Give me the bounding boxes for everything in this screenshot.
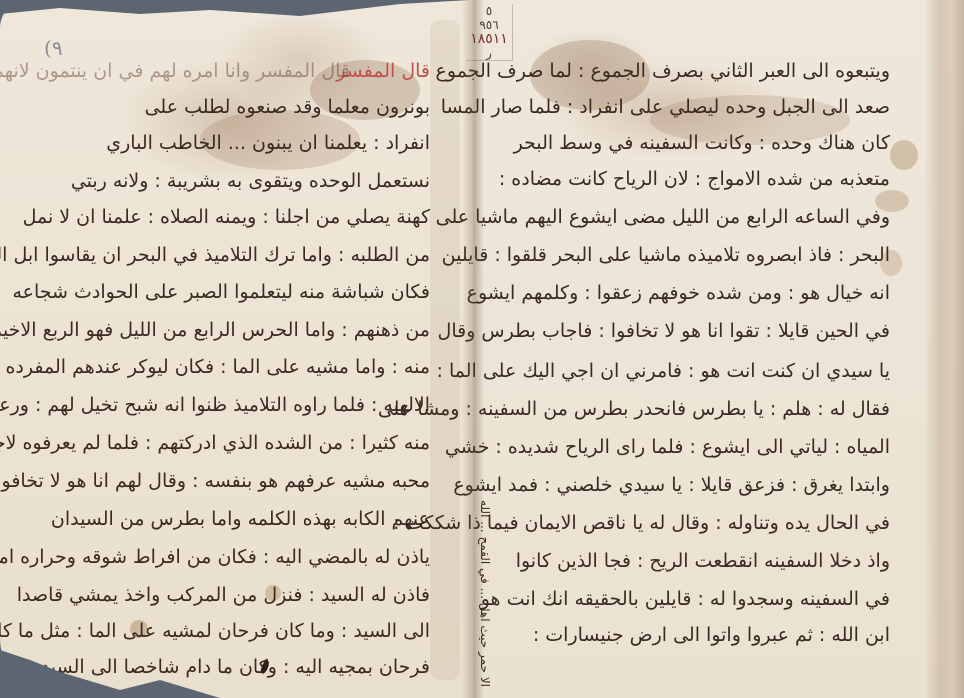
text-line: انفراد : يعلمنا ان يبنون ... الخاطب البا… (106, 134, 430, 153)
text-line: وفي الساعه الرابع من الليل مضى ايشوع الي… (436, 208, 890, 227)
text-line: فرحان بمجيه اليه : وكان ما دام شاخصا الى… (41, 658, 430, 677)
left-page-text: قال المفسر قال المفسر وانا امره لهم في ا… (40, 0, 430, 698)
text-line: وابتدا يغرق : فزعق قايلا : يا سيدي خلصني… (453, 476, 890, 495)
rubric-heading: قال المفسر (336, 60, 430, 82)
page-edge-stack (924, 0, 964, 698)
text-line-faded: قال المفسر وانا امره لهم في ان ينتمون لا… (0, 62, 350, 81)
text-line: من الطلبه : واما ترك التلاميذ في البحر ا… (0, 246, 430, 265)
text-line: ابن الله : ثم عبروا واتوا الى ارض جنيسار… (533, 626, 890, 645)
text-line: واذ دخلا السفينه انقطعت الريح : فجا الذي… (516, 552, 890, 571)
text-line: منه كثيرا : من الشده الذي ادركتهم : فلما… (0, 434, 430, 453)
text-line: في السفينه وسجدوا له : قايلين بالحقيقه ا… (481, 590, 890, 609)
text-line: في الحين قايلا : تقوا انا هو لا تخافوا :… (438, 322, 890, 341)
gutter-marginal-note: الا حمر حيث اهل ... في القمح ... الله (478, 500, 492, 687)
archive-number-line: ٥ (466, 4, 512, 18)
text-line: البحر : فاذ ابصروه تلاميذه ماشيا على الب… (442, 246, 890, 265)
text-line: المياه : لياتي الى ايشوع : فلما راى الري… (445, 438, 890, 457)
text-line: ويتبعوه الى العبر الثاني بصرف الجموع : ل… (436, 62, 890, 81)
text-line: كهنة يصلي من اجلنا : ويمنه الصلاه : علمن… (23, 208, 430, 227)
text-line: يا سيدي ان كنت انت هو : فامرني ان اجي ال… (437, 362, 891, 381)
archive-number-line: ٩٥٦ (466, 18, 512, 32)
text-line: الى السيد : وما كان فرحان لمشيه على الما… (0, 622, 430, 641)
text-line: متعذبه من شده الامواج : لان الرياح كانت … (499, 170, 890, 189)
archive-number-line: ر (466, 46, 512, 60)
right-page-text: ويتبعوه الى العبر الثاني بصرف الجموع : ل… (490, 0, 890, 698)
archive-number-line: ١٨٥١١ (466, 32, 512, 46)
text-line: قال المفسر (336, 62, 430, 81)
text-line: صعد الى الجبل وحده ليصلي على انفراد : فل… (441, 98, 890, 117)
text-line: فكان شباشة منه ليتعلموا الصبر على الحواد… (12, 283, 430, 302)
text-line: انه خيال هو : ومن شده خوفهم زعقوا : وكلم… (467, 284, 890, 303)
left-page: (٩ قال المفسر قال المفسر وانا امره لهم ف… (0, 0, 470, 698)
page-edge-shade (430, 20, 460, 680)
text-line: عنهم الكابه بهذه الكلمه واما بطرس من الس… (51, 510, 430, 529)
manuscript-spread: (٩ قال المفسر قال المفسر وانا امره لهم ف… (0, 0, 964, 698)
text-line: بونرون معلما وقد صنعوه لطلب على (145, 98, 430, 117)
text-line: ياذن له بالمضي اليه : فكان من افراط شوقه… (0, 548, 430, 567)
text-line: فقال له : هلم : يا بطرس فانحدر بطرس من ا… (378, 400, 890, 419)
text-line: محبه مشيه عرفهم هو بنفسه : وقال لهم انا … (0, 472, 430, 491)
text-line: الالهيه : فلما راوه التلاميذ ظنوا انه شب… (0, 396, 430, 415)
text-line: من ذهنهم : واما الحرس الرابع من الليل فه… (0, 321, 430, 340)
text-line: كان هناك وحده : وكانت السفينه في وسط الب… (514, 134, 890, 153)
right-page: ويتبعوه الى العبر الثاني بصرف الجموع : ل… (470, 0, 964, 698)
text-line: فاذن له السيد : فنزل من المركب واخذ يمشي… (17, 586, 430, 605)
archive-number: ٥ ٩٥٦ ١٨٥١١ ر (466, 4, 513, 61)
text-line: منه : واما مشيه على الما : فكان ليوكر عن… (5, 358, 430, 377)
text-line: نستعمل الوحده ويتقوى به بشريبة : ولانه ر… (71, 172, 430, 191)
water-stain (890, 140, 918, 170)
